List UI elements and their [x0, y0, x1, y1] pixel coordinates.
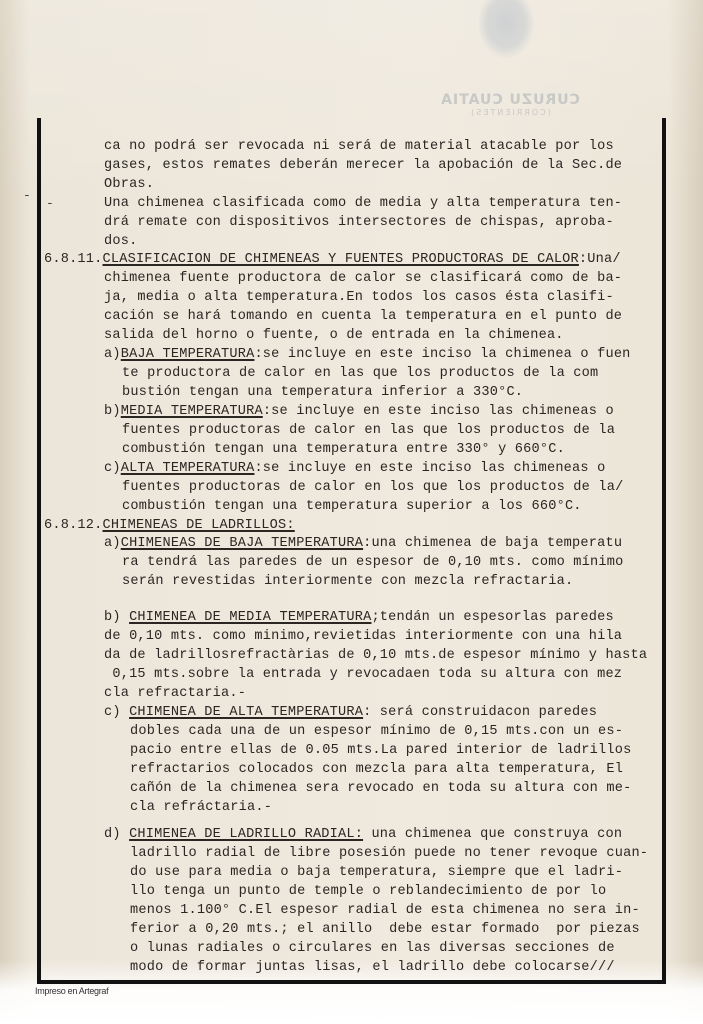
item-ladrillo-media: b) CHIMENEA DE MEDIA TEMPERATURA;tendán … — [104, 610, 614, 626]
text-line: ca no podrá ser revocada ni será de mate… — [104, 139, 614, 155]
text-line: modo de formar juntas lisas, el ladrillo… — [130, 960, 615, 976]
item-label: a) — [104, 347, 121, 362]
item-ladrillo-alta: c) CHIMENEA DE ALTA TEMPERATURA: será co… — [104, 705, 597, 721]
text-line: cla refráctaria.- — [130, 800, 272, 816]
text-line: refractarios colocados con mezcla para a… — [130, 762, 623, 778]
item-text: :se incluye en este inciso las chimeneas… — [254, 461, 605, 476]
coat-of-arms-seal — [478, 0, 534, 58]
letterhead-bleedthrough: CURUZU CUATIA (CORRIENTES) — [430, 92, 590, 117]
item-text: :una chimenea de baja temperatu — [363, 536, 622, 551]
text-line: chimenea fuente productora de calor se c… — [104, 271, 622, 287]
margin-dash: - — [46, 196, 54, 211]
text-line: ja, media o alta temperatura.En todos lo… — [104, 290, 614, 306]
text-line: Obras. — [104, 177, 154, 193]
text-line: ra tendrá las paredes de un espesor de 0… — [122, 555, 623, 571]
text-line: serán revestidas interiormente con mezcl… — [122, 574, 573, 590]
item-text: :se incluye en este inciso las chimeneas… — [263, 404, 614, 419]
text-line: pacio entre ellas de 0.05 mts.La pared i… — [130, 743, 631, 759]
text-line: 0,15 mts.sobre la entrada y revocadaen t… — [104, 667, 622, 683]
text-line: fuentes productoras de calor en las que … — [122, 423, 615, 439]
item-media: b)MEDIA TEMPERATURA:se incluye en este i… — [104, 404, 614, 420]
text-line: salida del horno o fuente, o de entrada … — [104, 328, 564, 344]
item-baja: a)BAJA TEMPERATURA:se incluye en este in… — [104, 347, 631, 363]
text-line: ladrillo radial de libre posesión puede … — [130, 846, 648, 862]
item-label: d) — [104, 827, 129, 842]
text-line: te productora de calor en las que los pr… — [122, 366, 598, 382]
section-number: 6.8.11. — [44, 252, 103, 267]
text-line: cación se hará tomando en cuenta la temp… — [104, 309, 622, 325]
item-label: c) — [104, 461, 121, 476]
text-line: ferior a 0,20 mts.; el anillo debe estar… — [130, 922, 640, 938]
text-line: fuentes productoras de calor en los que … — [122, 480, 623, 496]
item-title: CHIMENEA DE LADRILLO RADIAL: — [129, 827, 363, 842]
item-title: CHIMENEA DE ALTA TEMPERATURA — [129, 705, 363, 720]
section-title: CHIMENEAS DE LADRILLOS: — [103, 518, 295, 533]
item-title: CHIMENEA DE MEDIA TEMPERATURA — [129, 610, 371, 625]
section-intro-start: :Una/ — [579, 252, 621, 267]
item-label: b) — [104, 610, 129, 625]
border-right — [662, 118, 666, 984]
text-line: da de ladrillosrefractàrias de 0,10 mts.… — [104, 648, 647, 664]
text-line: bustión tengan una temperatura inferior … — [122, 385, 523, 401]
item-title: BAJA TEMPERATURA — [121, 347, 255, 362]
section-heading-6-8-11: 6.8.11.CLASIFICACION DE CHIMENEAS Y FUEN… — [44, 252, 621, 268]
item-alta: c)ALTA TEMPERATURA:se incluye en este in… — [104, 461, 605, 477]
section-number: 6.8.12. — [44, 518, 103, 533]
item-text: una chimenea que construya con — [363, 827, 622, 842]
text-line: gases, estos remates deberán merecer la … — [104, 158, 622, 174]
text-line: do use para media o baja temperatura, si… — [130, 865, 623, 881]
letterhead-province: (CORRIENTES) — [430, 108, 590, 117]
item-label: c) — [104, 705, 129, 720]
item-label: b) — [104, 404, 121, 419]
letterhead-city: CURUZU CUATIA — [430, 92, 590, 108]
item-title: CHIMENEAS DE BAJA TEMPERATURA — [121, 536, 363, 551]
text-line: o lunas radiales o circulares en las div… — [130, 941, 615, 957]
text-line: llo tenga un punto de temple o reblandec… — [130, 884, 606, 900]
text-line: cla refractaria.- — [104, 686, 246, 702]
text-line: de 0,10 mts. como minimo,revietidas inte… — [104, 629, 622, 645]
text-line: menos 1.100° C.El espesor radial de esta… — [130, 903, 640, 919]
text-line: cañón de la chimenea sera revocado en to… — [130, 781, 631, 797]
item-text: :se incluye en este inciso la chimenea o… — [254, 347, 630, 362]
item-ladrillo-radial: d) CHIMENEA DE LADRILLO RADIAL: una chim… — [104, 827, 622, 843]
text-line: dobles cada una de un espesor mínimo de … — [130, 724, 623, 740]
section-title: CLASIFICACION DE CHIMENEAS Y FUENTES PRO… — [103, 252, 579, 267]
item-text: : será construidacon paredes — [363, 705, 597, 720]
section-heading-6-8-12: 6.8.12.CHIMENEAS DE LADRILLOS: — [44, 518, 295, 534]
border-bottom — [37, 980, 666, 984]
item-text: ;tendán un espesorlas paredes — [371, 610, 613, 625]
text-line: combustión tengan una temperatura entre … — [122, 442, 565, 458]
item-label: a) — [104, 536, 121, 551]
printer-imprint: Impreso en Artegraf — [35, 986, 108, 996]
item-ladrillo-baja: a)CHIMENEAS DE BAJA TEMPERATURA:una chim… — [104, 536, 622, 552]
item-title: MEDIA TEMPERATURA — [121, 404, 263, 419]
border-left — [37, 118, 41, 984]
margin-dash: - — [23, 188, 31, 203]
text-line: combustión tengan una temperatura superi… — [122, 499, 582, 515]
text-line: dos. — [104, 234, 137, 250]
text-line: drá remate con dispositivos intersectore… — [104, 215, 614, 231]
item-title: ALTA TEMPERATURA — [121, 461, 255, 476]
text-line: Una chimenea clasificada como de media y… — [104, 196, 622, 212]
